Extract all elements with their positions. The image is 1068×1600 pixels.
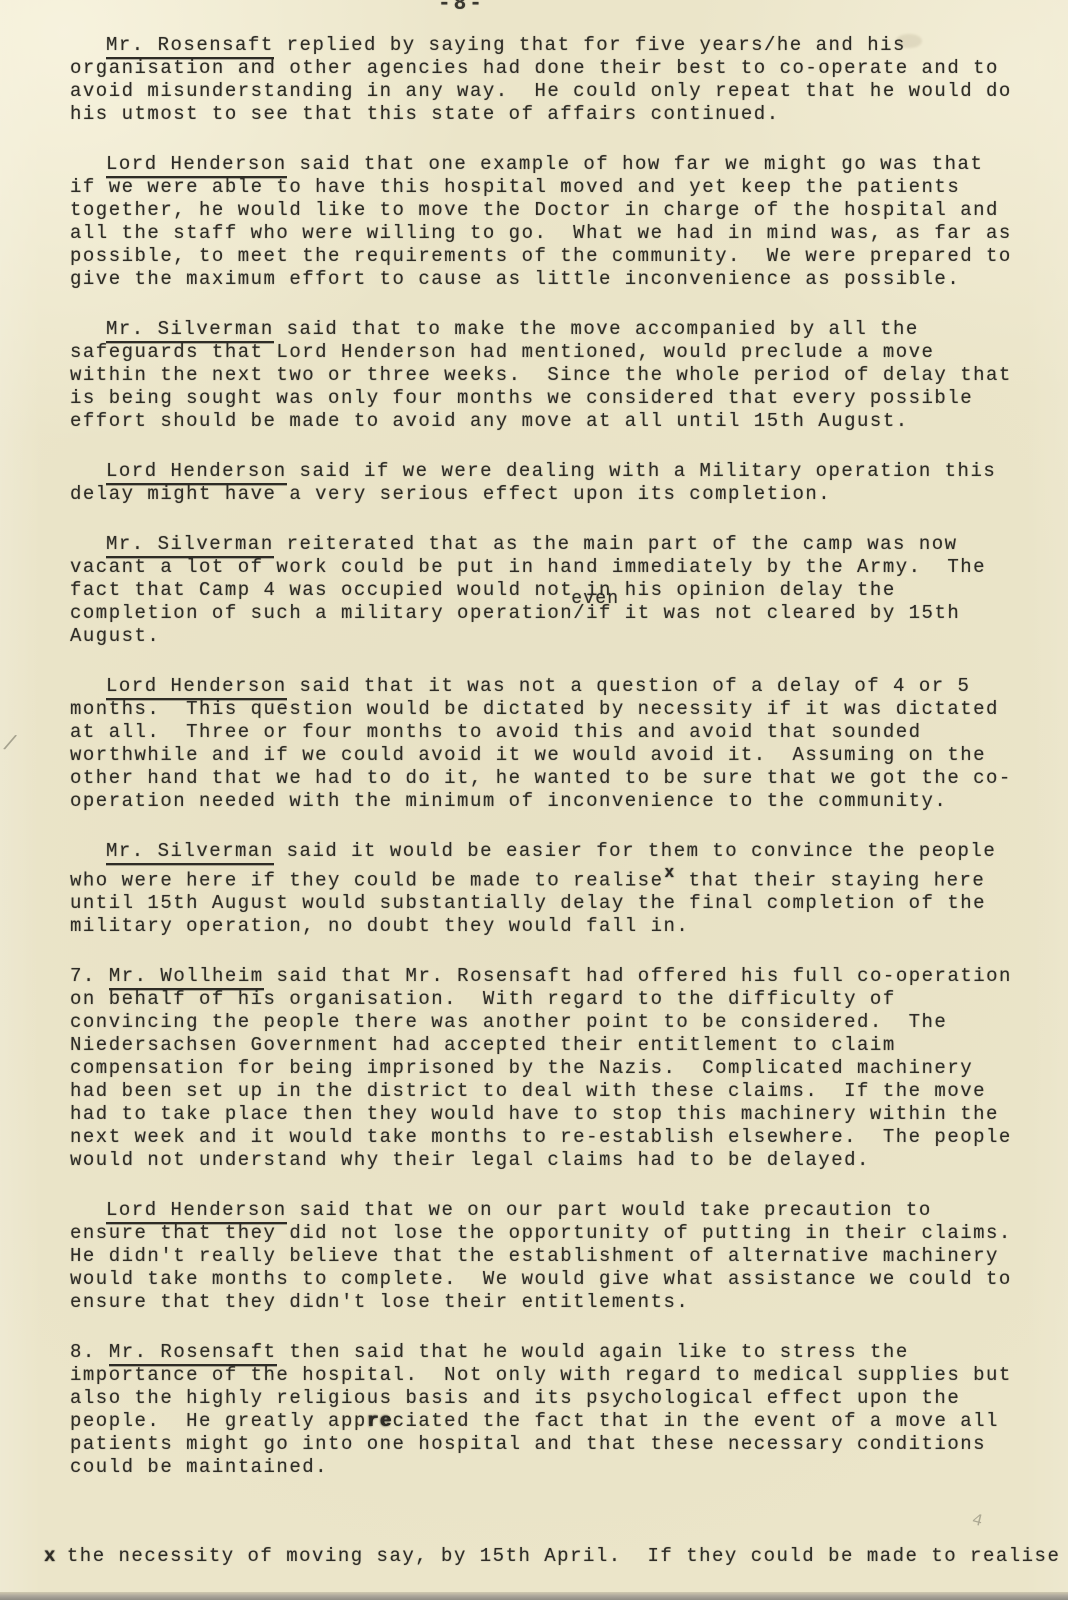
paragraph-henderson-military: Lord Henderson said if we were dealing w… <box>70 460 1018 506</box>
inserted-word: even <box>535 588 619 611</box>
speaker-name: Lord Henderson <box>106 675 287 700</box>
paragraph-silverman-convince: Mr. Silverman said it would be easier fo… <box>70 840 1018 938</box>
speaker-name: Mr. Silverman <box>106 318 274 343</box>
paragraph-text: said that Mr. Rosensaft had offered his … <box>70 965 1025 1171</box>
insertion-point: even/ <box>573 602 586 624</box>
paragraph-henderson-delay: Lord Henderson said that it was not a qu… <box>70 675 1018 813</box>
paragraph-wollheim: 7.Mr. Wollheim said that Mr. Rosensaft h… <box>70 965 1018 1172</box>
speaker-name: Mr. Silverman <box>106 840 274 865</box>
footnote-marker: x <box>665 864 676 882</box>
paragraph-silverman-reiterated: Mr. Silverman reiterated that as the mai… <box>70 533 1018 648</box>
overstruck-letters: re <box>367 1410 393 1432</box>
footnote-text: the necessity of moving say, by 15th Apr… <box>67 1545 1060 1567</box>
footnote-marker: x <box>44 1545 57 1567</box>
page-number: -8- <box>438 0 485 16</box>
speaker-name: Mr. Wollheim <box>109 965 264 990</box>
paragraph-rosensaft-hospital: 8.Mr. Rosensaft then said that he would … <box>70 1341 1018 1479</box>
document-body: Mr. Rosensaft replied by saying that for… <box>70 34 1018 1506</box>
speaker-name: Lord Henderson <box>106 153 287 178</box>
speaker-name: Lord Henderson <box>106 460 287 485</box>
paragraph-number: 7. <box>70 965 96 987</box>
paragraph-silverman-safeguards: Mr. Silverman said that to make the move… <box>70 318 1018 433</box>
paragraph-henderson-example: Lord Henderson said that one example of … <box>70 153 1018 291</box>
paragraph-number: 8. <box>70 1341 96 1363</box>
footnote: xthe necessity of moving say, by 15th Ap… <box>44 1544 1068 1568</box>
paragraph-henderson-claims: Lord Henderson said that we on our part … <box>70 1199 1018 1314</box>
speaker-name: Mr. Rosensaft <box>109 1341 277 1366</box>
document-page: -8- Mr. Rosensaft replied by saying that… <box>0 0 1068 1600</box>
page-bottom-edge <box>0 1592 1068 1600</box>
paragraph-rosensaft-reply: Mr. Rosensaft replied by saying that for… <box>70 34 1018 126</box>
speaker-name: Mr. Rosensaft <box>106 34 274 59</box>
speaker-name: Lord Henderson <box>106 1199 287 1224</box>
pencil-mark-corner: 4 <box>970 1511 984 1532</box>
speaker-name: Mr. Silverman <box>106 533 274 558</box>
pencil-mark-margin: / <box>1 731 19 758</box>
